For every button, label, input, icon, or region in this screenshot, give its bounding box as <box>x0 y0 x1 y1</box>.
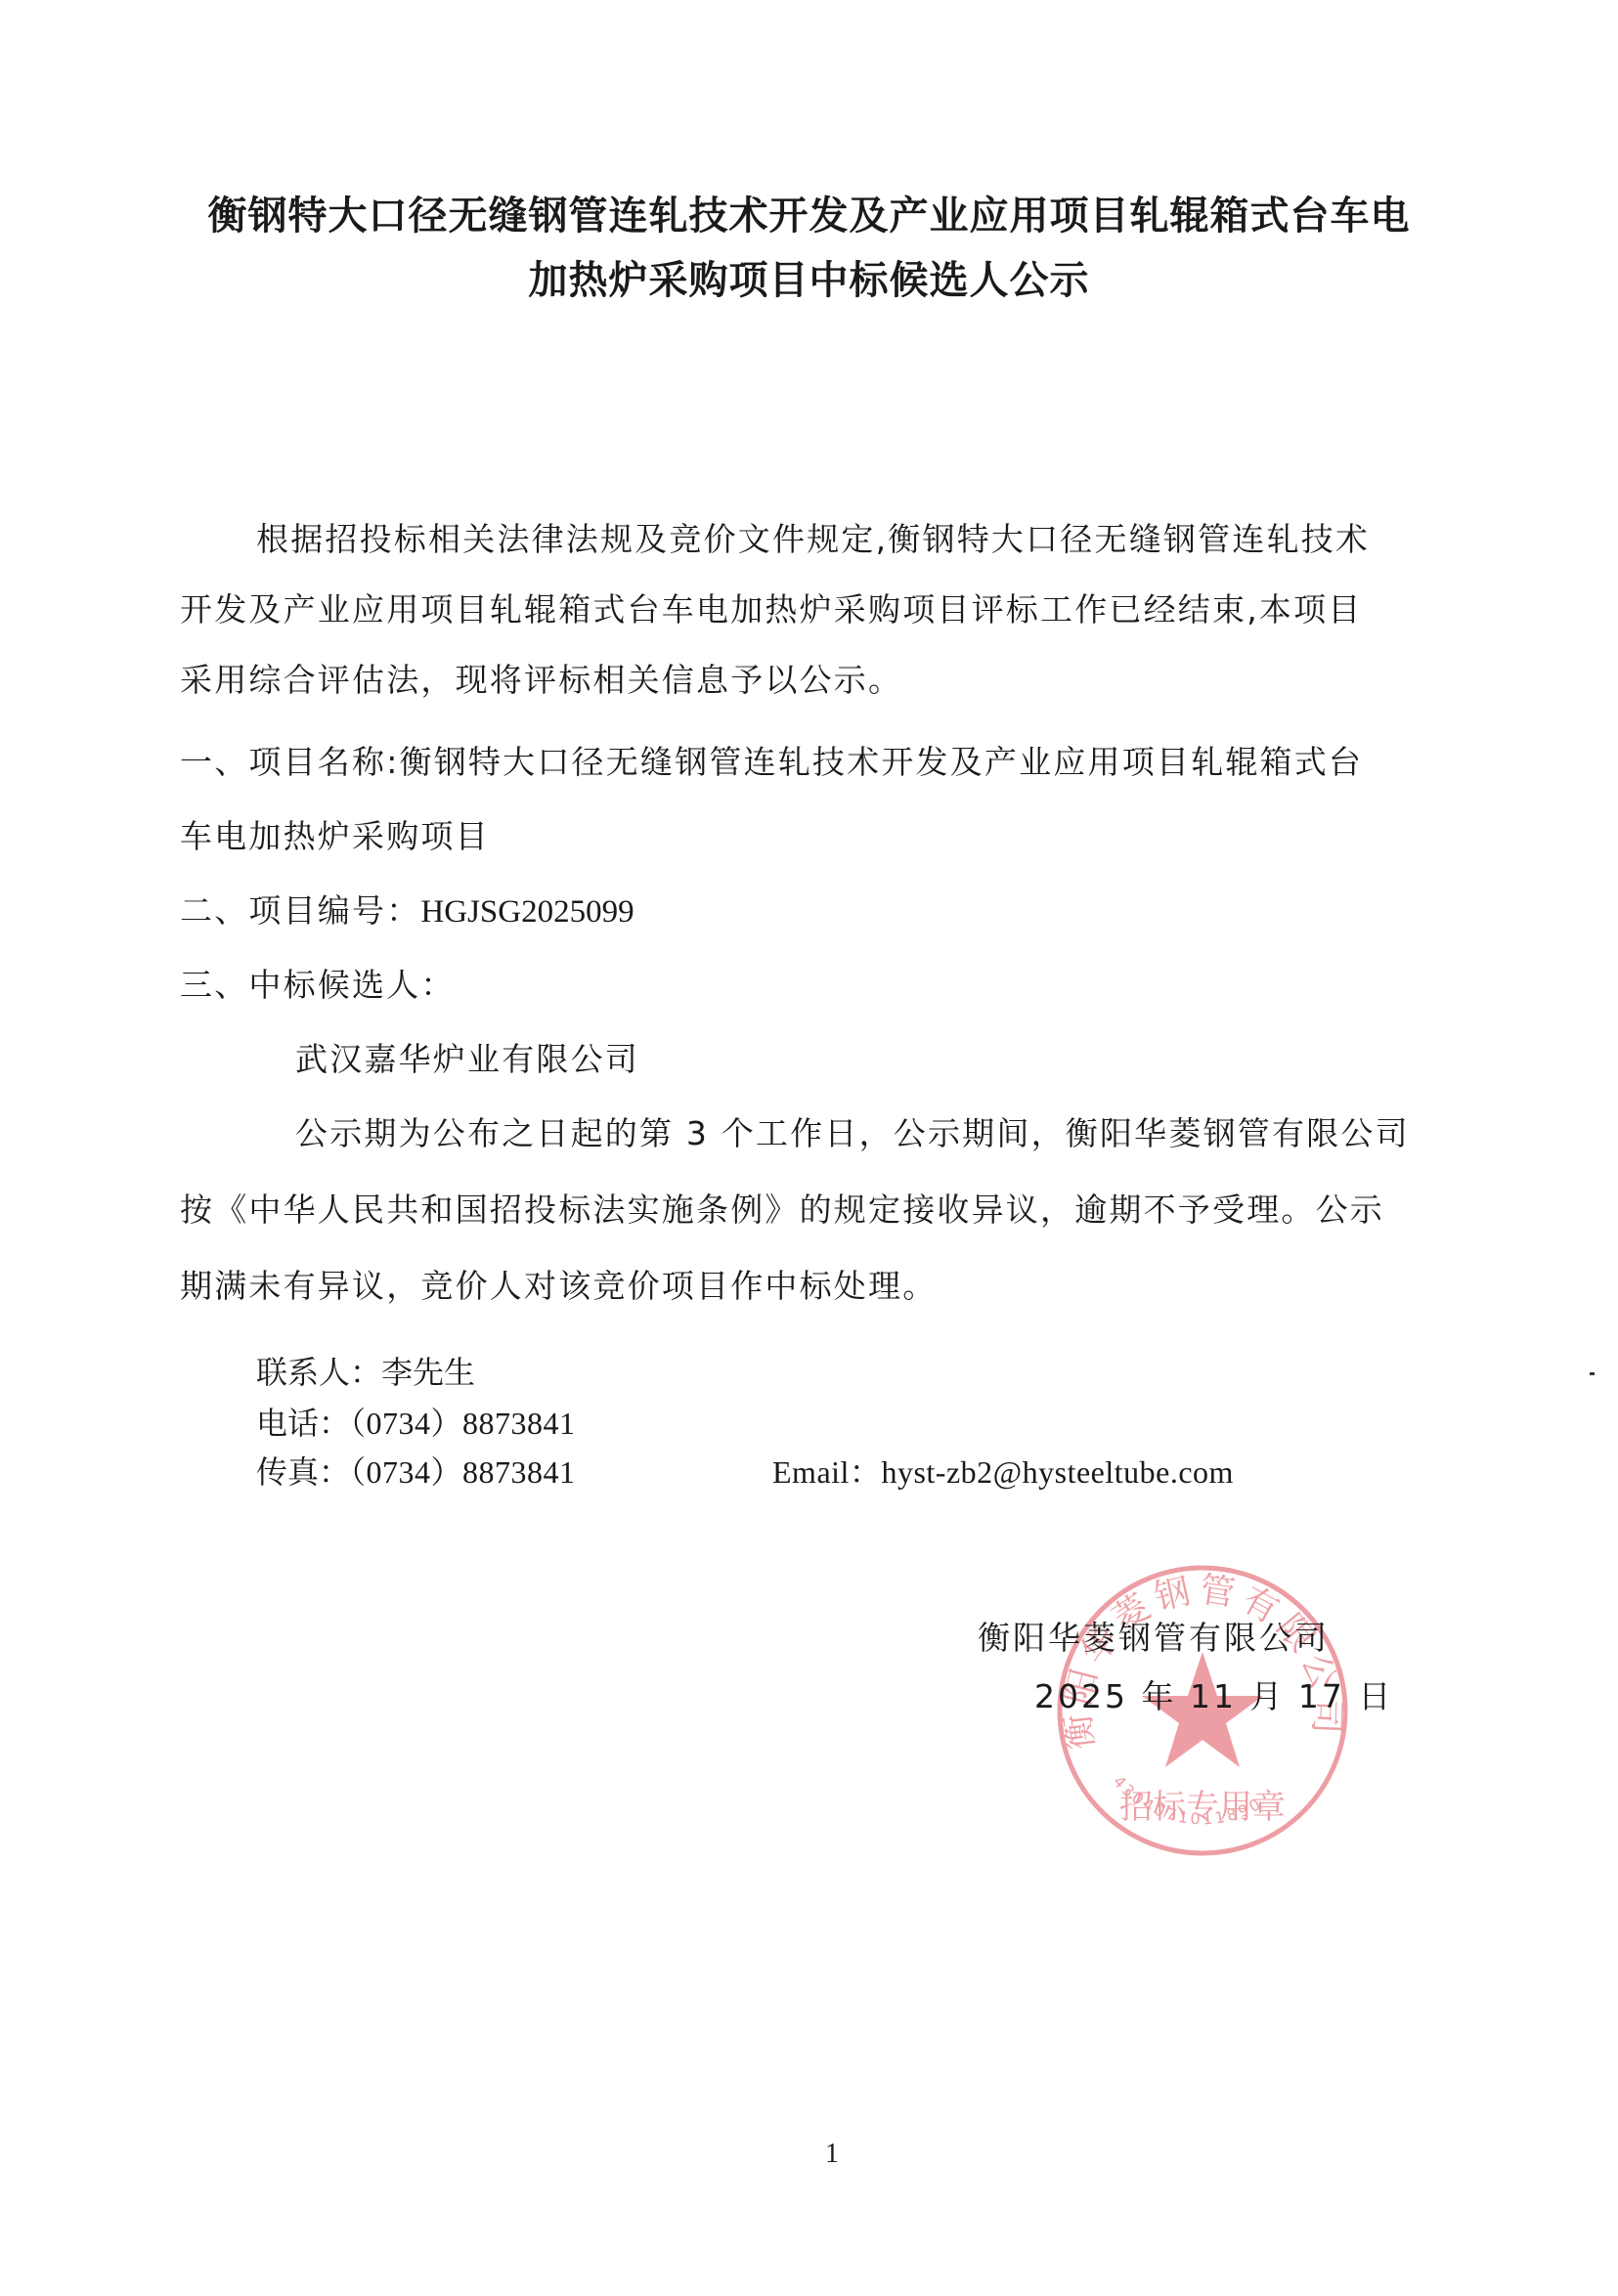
intro-line-2: 开发及产业应用项目轧辊箱式台车电加热炉采购项目评标工作已经结束,本项目 <box>180 590 1363 629</box>
notice-line-1: 公示期为公布之日起的第 3 个工作日，公示期间，衡阳华菱钢管有限公司 <box>295 1114 1410 1153</box>
intro-line-1: 根据招投标相关法律法规及竞价文件规定,衡钢特大口径无缝钢管连轧技术 <box>256 520 1370 559</box>
contact-phone: 电话：（0734）8873841 <box>256 1404 576 1443</box>
contact-person: 联系人：李先生 <box>256 1353 475 1392</box>
winning-candidate-name: 武汉嘉华炉业有限公司 <box>295 1040 639 1079</box>
contact-email: Email：hyst-zb2@hysteeltube.com <box>772 1452 1234 1492</box>
notice-line-3: 期满未有异议，竞价人对该竞价项目作中标处理。 <box>180 1267 937 1306</box>
project-number: 二、项目编号：HGJSG2025099 <box>180 891 634 931</box>
project-number-label: 二、项目编号： <box>180 891 420 930</box>
signature-date: 2025 年 11 月 17 日 <box>1034 1671 1393 1717</box>
contact-phone-value: （0734）8873841 <box>350 1406 576 1441</box>
project-name-line-2: 车电加热炉采购项目 <box>180 817 490 856</box>
contact-phone-label: 电话： <box>256 1405 350 1442</box>
winning-candidate-label: 三、中标候选人： <box>180 966 456 1005</box>
contact-email-value[interactable]: hyst-zb2@hysteeltube.com <box>881 1454 1234 1490</box>
contact-email-label: Email： <box>772 1454 881 1490</box>
project-number-value: HGJSG2025099 <box>420 894 634 930</box>
project-name-line-1: 一、项目名称:衡钢特大口径无缝钢管连轧技术开发及产业应用项目轧辊箱式台 <box>180 743 1363 782</box>
contact-person-label: 联系人： <box>256 1354 381 1391</box>
page-number: 1 <box>825 2139 839 2170</box>
notice-line-2: 按《中华人民共和国招投标法实施条例》的规定接收异议，逾期不予受理。公示 <box>180 1191 1384 1230</box>
document-title-line-2: 加热炉采购项目中标候选人公示 <box>0 256 1618 305</box>
document-title-line-1: 衡钢特大口径无缝钢管连轧技术开发及产业应用项目轧辊箱式台车电 <box>0 192 1618 240</box>
contact-fax-value: （0734）8873841 <box>350 1454 576 1490</box>
contact-person-value: 李先生 <box>381 1354 475 1391</box>
contact-fax-label: 传真： <box>256 1453 350 1491</box>
contact-fax: 传真：（0734）8873841 <box>256 1452 576 1492</box>
intro-line-3: 采用综合评估法，现将评标相关信息予以公示。 <box>180 661 902 700</box>
scan-speck <box>1590 1372 1595 1375</box>
signature-company: 衡阳华菱钢管有限公司 <box>978 1613 1330 1659</box>
